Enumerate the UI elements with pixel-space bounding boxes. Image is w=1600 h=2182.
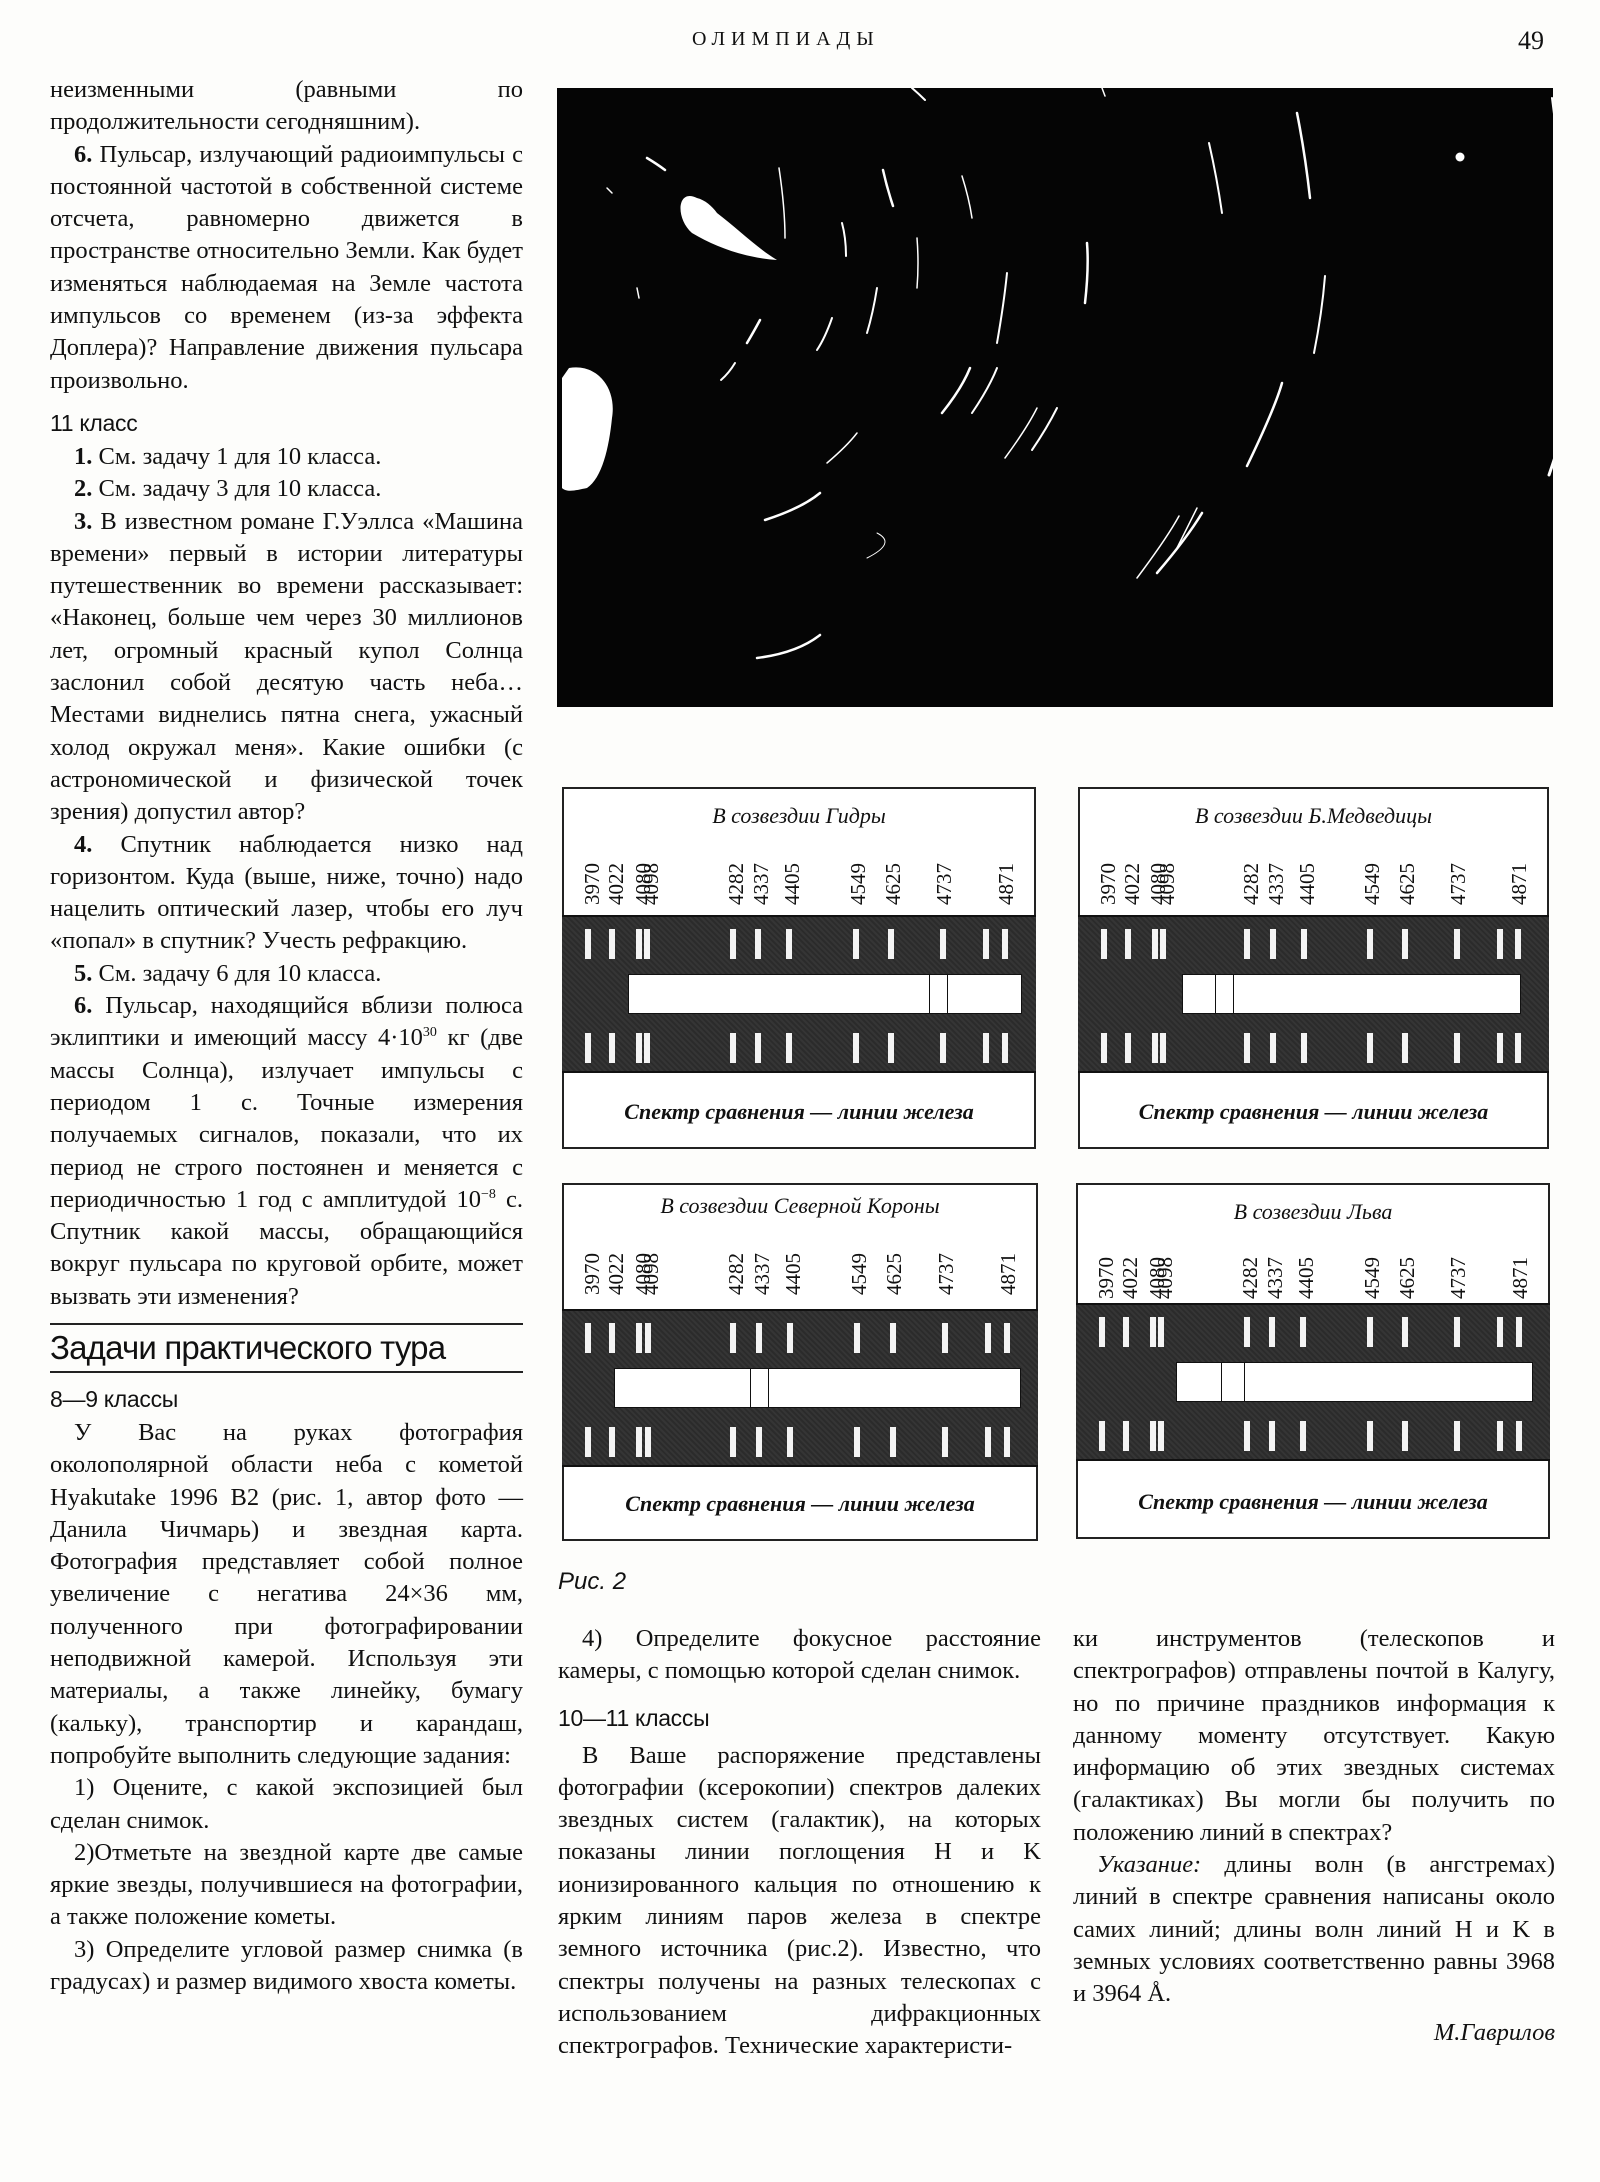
right-column: ки инструментов (телескопов и спектрогра… bbox=[1073, 1623, 1555, 2049]
wavelength-label: 4282 bbox=[726, 1253, 747, 1295]
wavelength-label: 4098 bbox=[1155, 1257, 1176, 1299]
wavelength-label: 4282 bbox=[726, 863, 747, 905]
comparison-caption: Спектр сравнения — линии железа bbox=[1080, 1099, 1547, 1125]
iron-line bbox=[890, 1323, 896, 1353]
wavelength-label: 4098 bbox=[1157, 863, 1178, 905]
iron-line bbox=[940, 1033, 946, 1063]
iron-line bbox=[983, 1033, 989, 1063]
wavelength-label: 4625 bbox=[1397, 1257, 1418, 1299]
iron-line bbox=[1367, 1421, 1373, 1451]
wavelength-label: 4549 bbox=[1362, 1257, 1383, 1299]
panel-title: В созвездии Гидры bbox=[564, 803, 1034, 829]
wavelength-label: 4405 bbox=[1296, 1257, 1317, 1299]
wavelength-labels: 3970402240804098428243374405454946254737… bbox=[1080, 839, 1547, 905]
iron-line bbox=[1301, 929, 1307, 959]
iron-line bbox=[636, 929, 642, 959]
iron-line bbox=[1269, 1421, 1275, 1451]
hint: Указание: длины волн (в ангстремах) лини… bbox=[1073, 1849, 1555, 2010]
iron-line bbox=[1367, 929, 1373, 959]
wavelength-label: 4022 bbox=[606, 1253, 627, 1295]
iron-line bbox=[1402, 1033, 1408, 1063]
h-k-absorption-lines bbox=[750, 1368, 769, 1408]
wavelength-label: 4282 bbox=[1240, 1257, 1261, 1299]
object-spectrum bbox=[628, 974, 1021, 1014]
spectrum-panel-leo: В созвездии Льва 39704022408040984282433… bbox=[1076, 1183, 1550, 1539]
section-heading: Задачи практического тура bbox=[50, 1323, 523, 1373]
iron-line bbox=[1150, 1317, 1156, 1347]
iron-line bbox=[1152, 929, 1158, 959]
wavelength-label: 4871 bbox=[1510, 1257, 1531, 1299]
wavelength-label: 4022 bbox=[606, 863, 627, 905]
paragraph-continuation: неизменными (равными по продолжительност… bbox=[50, 74, 523, 139]
iron-line bbox=[756, 1427, 762, 1457]
iron-line bbox=[1454, 1317, 1460, 1347]
iron-line bbox=[1367, 1317, 1373, 1347]
wavelength-label: 4282 bbox=[1241, 863, 1262, 905]
wavelength-label: 4405 bbox=[783, 1253, 804, 1295]
iron-line bbox=[645, 1323, 651, 1353]
spectrum-band bbox=[562, 1309, 1038, 1467]
middle-column: 4) Определите фокусное расстояние камеры… bbox=[558, 1623, 1041, 2063]
iron-line bbox=[1004, 1427, 1010, 1457]
iron-line bbox=[1516, 1317, 1522, 1347]
wavelength-label: 4737 bbox=[936, 1253, 957, 1295]
wavelength-label: 4549 bbox=[849, 1253, 870, 1295]
task-3: 3) Определите угловой размер снимка (в г… bbox=[50, 1934, 523, 1999]
iron-line bbox=[1244, 1033, 1250, 1063]
panel-title: В созвездии Б.Медведицы bbox=[1080, 803, 1547, 829]
wavelength-label: 4337 bbox=[1266, 863, 1287, 905]
wavelength-label: 4337 bbox=[1265, 1257, 1286, 1299]
problem-6: 6. Пульсар, находящийся вблизи полюса эк… bbox=[50, 990, 523, 1313]
iron-line bbox=[985, 1323, 991, 1353]
running-title: ОЛИМПИАДЫ bbox=[692, 28, 880, 51]
panel-title: В созвездии Северной Короны bbox=[564, 1193, 1036, 1219]
spectra-continuation: ки инструментов (телескопов и спектрогра… bbox=[1073, 1623, 1555, 1849]
spectrum-band bbox=[562, 915, 1036, 1073]
task-1: 1) Оцените, с какой экспозицией был сдел… bbox=[50, 1772, 523, 1837]
iron-line bbox=[1002, 1033, 1008, 1063]
iron-line bbox=[1516, 1421, 1522, 1451]
panel-title: В созвездии Льва bbox=[1078, 1199, 1548, 1225]
iron-line bbox=[1244, 1317, 1250, 1347]
iron-line bbox=[636, 1427, 642, 1457]
comparison-caption: Спектр сравнения — линии железа bbox=[1078, 1489, 1548, 1515]
grade-10-11-heading: 10—11 классы bbox=[558, 1702, 1041, 1734]
iron-line bbox=[985, 1427, 991, 1457]
wavelength-label: 3970 bbox=[582, 1253, 603, 1295]
object-spectrum bbox=[1182, 974, 1521, 1014]
spectrum-band bbox=[1076, 1303, 1550, 1461]
comparison-caption: Спектр сравнения — линии железа bbox=[564, 1099, 1034, 1125]
iron-line bbox=[787, 1323, 793, 1353]
iron-line bbox=[1367, 1033, 1373, 1063]
iron-line bbox=[787, 1427, 793, 1457]
iron-line bbox=[890, 1427, 896, 1457]
iron-line bbox=[609, 1427, 615, 1457]
iron-line bbox=[983, 929, 989, 959]
spectrum-panel-ursa-major: В созвездии Б.Медведицы 3970402240804098… bbox=[1078, 787, 1549, 1149]
page-number: 49 bbox=[1518, 26, 1544, 56]
iron-line bbox=[786, 929, 792, 959]
spectrum-panel-hydra: В созвездии Гидры 3970402240804098428243… bbox=[562, 787, 1036, 1149]
iron-line bbox=[853, 1033, 859, 1063]
task-2: 2)Отметьте на звездной карте две самые я… bbox=[50, 1837, 523, 1934]
wavelength-labels: 3970402240804098428243374405454946254737… bbox=[1078, 1233, 1548, 1299]
iron-line bbox=[636, 1323, 642, 1353]
iron-line bbox=[585, 1033, 591, 1063]
iron-line bbox=[786, 1033, 792, 1063]
iron-line bbox=[888, 1033, 894, 1063]
iron-line bbox=[645, 1427, 651, 1457]
iron-line bbox=[1160, 929, 1166, 959]
iron-line bbox=[1101, 1033, 1107, 1063]
iron-line bbox=[1300, 1317, 1306, 1347]
wavelength-label: 4337 bbox=[752, 1253, 773, 1295]
iron-line bbox=[730, 1427, 736, 1457]
iron-line bbox=[888, 929, 894, 959]
wavelength-label: 3970 bbox=[1098, 863, 1119, 905]
iron-line bbox=[1125, 1033, 1131, 1063]
iron-line bbox=[1123, 1317, 1129, 1347]
task-4: 4) Определите фокусное расстояние камеры… bbox=[558, 1623, 1041, 1688]
iron-line bbox=[1123, 1421, 1129, 1451]
iron-line bbox=[609, 1323, 615, 1353]
iron-line bbox=[1244, 929, 1250, 959]
iron-line bbox=[854, 1427, 860, 1457]
iron-line bbox=[853, 929, 859, 959]
grade-11-heading: 11 класс bbox=[50, 407, 523, 439]
iron-line bbox=[644, 1033, 650, 1063]
iron-line bbox=[644, 929, 650, 959]
iron-line bbox=[1497, 929, 1503, 959]
practical-intro: У Вас на руках фотография околополярной … bbox=[50, 1417, 523, 1772]
wavelength-label: 4625 bbox=[884, 1253, 905, 1295]
wavelength-label: 4337 bbox=[751, 863, 772, 905]
spectrum-panel-corona-borealis: В созвездии Северной Короны 397040224080… bbox=[562, 1183, 1038, 1541]
problem-6-grade10: 6. Пульсар, излучающий радиоимпульсы с п… bbox=[50, 139, 523, 397]
wavelength-label: 4625 bbox=[883, 863, 904, 905]
object-spectrum bbox=[614, 1368, 1021, 1408]
iron-line bbox=[636, 1033, 642, 1063]
wavelength-label: 4405 bbox=[1297, 863, 1318, 905]
iron-line bbox=[1270, 1033, 1276, 1063]
wavelength-label: 4022 bbox=[1120, 1257, 1141, 1299]
iron-line bbox=[609, 929, 615, 959]
iron-line bbox=[730, 1323, 736, 1353]
iron-line bbox=[1158, 1421, 1164, 1451]
iron-line bbox=[1244, 1421, 1250, 1451]
problem-5: 5. См. задачу 6 для 10 класса. bbox=[50, 958, 523, 990]
grade-8-9-heading: 8—9 классы bbox=[50, 1383, 523, 1415]
iron-line bbox=[585, 929, 591, 959]
problem-4: 4. Спутник наблюдается низко над горизон… bbox=[50, 829, 523, 958]
iron-line bbox=[854, 1323, 860, 1353]
iron-line bbox=[585, 1323, 591, 1353]
comparison-caption: Спектр сравнения — линии железа bbox=[564, 1491, 1036, 1517]
figure-2-caption: Рис. 2 bbox=[558, 1568, 626, 1596]
spectra-intro: В Ваше распоряжение представлены фотогра… bbox=[558, 1740, 1041, 2063]
h-k-absorption-lines bbox=[1215, 974, 1234, 1014]
wavelength-labels: 3970402240804098428243374405454946254737… bbox=[564, 1229, 1036, 1295]
iron-line bbox=[1099, 1317, 1105, 1347]
iron-line bbox=[1270, 929, 1276, 959]
wavelength-label: 3970 bbox=[582, 863, 603, 905]
iron-line bbox=[1454, 1033, 1460, 1063]
author-signature: М.Гаврилов bbox=[1073, 2017, 1555, 2049]
iron-line bbox=[1160, 1033, 1166, 1063]
iron-line bbox=[755, 929, 761, 959]
iron-line bbox=[1002, 929, 1008, 959]
wavelength-label: 4098 bbox=[641, 863, 662, 905]
iron-line bbox=[942, 1427, 948, 1457]
wavelength-label: 4737 bbox=[1448, 1257, 1469, 1299]
iron-line bbox=[1150, 1421, 1156, 1451]
wavelength-label: 4737 bbox=[934, 863, 955, 905]
wavelength-labels: 3970402240804098428243374405454946254737… bbox=[564, 839, 1034, 905]
wavelength-label: 4871 bbox=[998, 1253, 1019, 1295]
iron-line bbox=[1454, 929, 1460, 959]
iron-line bbox=[1301, 1033, 1307, 1063]
iron-line bbox=[940, 929, 946, 959]
h-k-absorption-lines bbox=[1221, 1362, 1245, 1402]
iron-line bbox=[756, 1323, 762, 1353]
iron-line bbox=[1497, 1317, 1503, 1347]
wavelength-label: 4022 bbox=[1122, 863, 1143, 905]
iron-line bbox=[1099, 1421, 1105, 1451]
problem-3: 3. В известном романе Г.Уэллса «Машина в… bbox=[50, 506, 523, 829]
iron-line bbox=[1101, 929, 1107, 959]
iron-line bbox=[755, 1033, 761, 1063]
iron-line bbox=[1300, 1421, 1306, 1451]
wavelength-label: 4549 bbox=[1362, 863, 1383, 905]
iron-line bbox=[1158, 1317, 1164, 1347]
iron-line bbox=[1515, 1033, 1521, 1063]
iron-line bbox=[1497, 1033, 1503, 1063]
iron-line bbox=[1152, 1033, 1158, 1063]
h-k-absorption-lines bbox=[929, 974, 948, 1014]
object-spectrum bbox=[1176, 1362, 1534, 1402]
iron-line bbox=[585, 1427, 591, 1457]
iron-line bbox=[1454, 1421, 1460, 1451]
iron-line bbox=[1497, 1421, 1503, 1451]
iron-line bbox=[1004, 1323, 1010, 1353]
iron-line bbox=[1402, 929, 1408, 959]
wavelength-label: 4625 bbox=[1397, 863, 1418, 905]
iron-line bbox=[609, 1033, 615, 1063]
wavelength-label: 3970 bbox=[1096, 1257, 1117, 1299]
iron-line bbox=[1269, 1317, 1275, 1347]
problem-2: 2. См. задачу 3 для 10 класса. bbox=[50, 473, 523, 505]
wavelength-label: 4098 bbox=[641, 1253, 662, 1295]
iron-line bbox=[1402, 1421, 1408, 1451]
iron-line bbox=[1402, 1317, 1408, 1347]
star-trails-photo bbox=[557, 88, 1553, 707]
wavelength-label: 4871 bbox=[996, 863, 1017, 905]
wavelength-label: 4405 bbox=[782, 863, 803, 905]
wavelength-label: 4871 bbox=[1509, 863, 1530, 905]
iron-line bbox=[1515, 929, 1521, 959]
iron-line bbox=[730, 1033, 736, 1063]
iron-line bbox=[1125, 929, 1131, 959]
wavelength-label: 4549 bbox=[848, 863, 869, 905]
left-column: неизменными (равными по продолжительност… bbox=[50, 74, 523, 1998]
problem-1: 1. См. задачу 1 для 10 класса. bbox=[50, 441, 523, 473]
iron-line bbox=[942, 1323, 948, 1353]
photo-image bbox=[557, 88, 1553, 707]
iron-line bbox=[730, 929, 736, 959]
spectrum-band bbox=[1078, 915, 1549, 1073]
wavelength-label: 4737 bbox=[1448, 863, 1469, 905]
